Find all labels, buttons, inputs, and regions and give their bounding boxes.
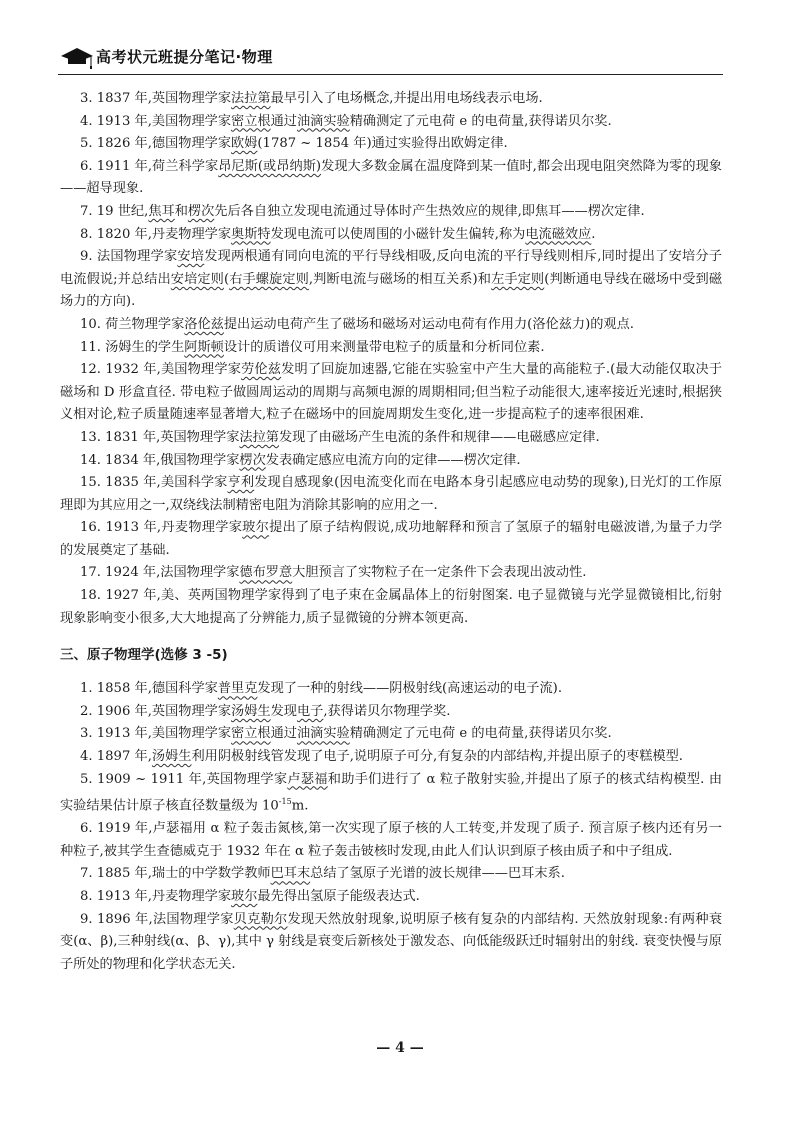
scientist-name: 楞次 [239, 453, 265, 468]
scientist-name: 玻尔 [242, 520, 269, 535]
text-segment: 5. 1826 年,德国物理学家 [80, 136, 231, 151]
scientist-name: 玻尔 [231, 889, 257, 904]
text-segment: m. [292, 799, 309, 814]
text-segment: 10. 荷兰物理学家 [80, 317, 184, 332]
text-segment: 18. 1927 年,美、英两国物理学家得到了电子束在金属晶体上的衍射图案. 电… [60, 588, 722, 626]
text-segment: 通过 [271, 726, 297, 741]
text-segment: ,判断电流与磁场的相互关系)和 [309, 272, 491, 287]
scientist-name: 楞次 [188, 204, 214, 219]
text-segment: 1. 1858 年,德国科学家 [80, 681, 218, 696]
scientist-name: 右手螺旋定则 [229, 272, 309, 287]
text-segment: 14. 1834 年,俄国物理学家 [80, 453, 239, 468]
list-item: 5. 1909 ~ 1911 年,英国物理学家卢瑟福和助手们进行了 α 粒子散射… [60, 769, 722, 819]
text-segment: 8. 1820 年,丹麦物理学家 [80, 227, 231, 242]
list-item: 3. 1913 年,美国物理学家密立根通过油滴实验精确测定了元电荷 e 的电荷量… [60, 723, 722, 746]
text-segment: 15. 1835 年,美国科学家 [80, 475, 228, 490]
scientist-name: 左手定则 [491, 272, 544, 287]
scientist-name: 阿斯顿 [184, 340, 224, 355]
scientist-name: 德布罗意 [239, 565, 292, 580]
text-segment: 3. 1837 年,英国物理学家 [80, 91, 231, 106]
list-item: 4. 1913 年,美国物理学家密立根通过油滴实验精确测定了元电荷 e 的电荷量… [60, 111, 722, 134]
scientist-name: 汤姆生 [231, 704, 271, 719]
list-item: 9. 1896 年,法国物理学家贝克勒尔发现天然放射现象,说明原子核有复杂的内部… [60, 909, 722, 977]
text-segment: 16. 1913 年,丹麦物理学家 [80, 520, 242, 535]
scientist-name: 安培定则 [171, 272, 224, 287]
section-title-atomic: 三、原子物理学(选修 3 -5) [60, 644, 722, 666]
text-segment: (1787 ~ 1854 年)通过实验得出欧姆定律. [257, 136, 507, 151]
scientist-name: 亨利 [228, 475, 255, 490]
scientist-name: 油滴实验 [297, 726, 350, 741]
list-item: 10. 荷兰物理学家洛伦兹提出运动电荷产生了磁场和磁场对运动电荷有作用力(洛伦兹… [60, 314, 722, 337]
document-body: 3. 1837 年,英国物理学家法拉第最早引入了电场概念,并提出用电场线表示电场… [60, 88, 722, 976]
list-item: 3. 1837 年,英国物理学家法拉第最早引入了电场概念,并提出用电场线表示电场… [60, 88, 722, 111]
text-segment: 6. 1911 年,荷兰科学家 [80, 159, 218, 174]
text-segment: 精确测定了元电荷 e 的电荷量,获得诺贝尔奖. [350, 114, 612, 129]
text-segment: 7. 19 世纪, [80, 204, 148, 219]
text-segment: 9. 法国物理学家 [80, 249, 177, 264]
scientist-name: 昂尼斯(或昂纳斯) [218, 159, 321, 174]
scientist-name: 电子 [297, 704, 323, 719]
list-item: 16. 1913 年,丹麦物理学家玻尔提出了原子结构假说,成功地解释和预言了氢原… [60, 517, 722, 562]
scientist-name: 奥斯特 [231, 227, 271, 242]
scientist-name: 劳伦兹 [241, 362, 281, 377]
text-segment: 最早引入了电场概念,并提出用电场线表示电场. [271, 91, 543, 106]
text-segment: 4. 1913 年,美国物理学家 [80, 114, 231, 129]
scientist-name: 安培 [177, 249, 204, 264]
electromagnetism-list: 3. 1837 年,英国物理学家法拉第最早引入了电场概念,并提出用电场线表示电场… [60, 88, 722, 630]
scientist-name: 卢瑟福 [287, 772, 327, 787]
list-item: 6. 1911 年,荷兰科学家昂尼斯(或昂纳斯)发现大多数金属在温度降到某一值时… [60, 156, 722, 201]
text-segment: 17. 1924 年,法国物理学家 [80, 565, 239, 580]
scientist-name: 电流磁效应 [525, 227, 591, 242]
scientist-name: 法拉第 [239, 430, 279, 445]
scientist-name: 贝克勒尔 [234, 912, 288, 927]
scientist-name: 欧姆 [231, 136, 257, 151]
text-segment: 12. 1932 年,美国物理学家 [80, 362, 241, 377]
page-header: 高考状元班提分笔记·物理 [58, 34, 723, 75]
text-segment: 大胆预言了实物粒子在一定条件下会表现出波动性. [292, 565, 586, 580]
text-segment: 和 [175, 204, 188, 219]
scientist-name: 焦耳 [148, 204, 174, 219]
text-segment: 发现电流可以使周围的小磁针发生偏转,称为 [271, 227, 526, 242]
text-segment: 2. 1906 年,英国物理学家 [80, 704, 231, 719]
text-segment: 9. 1896 年,法国物理学家 [80, 912, 234, 927]
atomic-physics-list: 1. 1858 年,德国科学家普里克发现了一种的射线——阴极射线(高速运动的电子… [60, 678, 722, 976]
list-item: 4. 1897 年,汤姆生利用阴极射线管发现了电子,说明原子可分,有复杂的内部结… [60, 746, 722, 769]
list-item: 2. 1906 年,英国物理学家汤姆生发现电子,获得诺贝尔物理学奖. [60, 701, 722, 724]
list-item: 8. 1913 年,丹麦物理学家玻尔最先得出氢原子能级表达式. [60, 886, 722, 909]
text-segment: 总结了氢原子光谱的波长规律——巴耳末系. [310, 866, 565, 881]
text-segment: 6. 1919 年,卢瑟福用 α 粒子轰击氮核,第一次实现了原子核的人工转变,并… [60, 821, 722, 859]
scientist-name: 普里克 [218, 681, 258, 696]
list-item: 8. 1820 年,丹麦物理学家奥斯特发现电流可以使周围的小磁针发生偏转,称为电… [60, 224, 722, 247]
text-segment: 发现了一种的射线——阴极射线(高速运动的电子流). [257, 681, 562, 696]
list-item: 7. 19 世纪,焦耳和楞次先后各自独立发现电流通过导体时产生热效应的规律,即焦… [60, 201, 722, 224]
list-item: 7. 1885 年,瑞士的中学数学教师巴耳末总结了氢原子光谱的波长规律——巴耳末… [60, 863, 722, 886]
text-segment: 最先得出氢原子能级表达式. [257, 889, 419, 904]
scientist-name: 密立根 [231, 114, 271, 129]
scientist-name: 密立根 [231, 726, 271, 741]
list-item: 14. 1834 年,俄国物理学家楞次发表确定感应电流方向的定律——楞次定律. [60, 450, 722, 473]
scientist-name: 洛伦兹 [184, 317, 224, 332]
scientist-name: 油滴实验 [297, 114, 350, 129]
scientist-name: 巴耳末 [271, 866, 311, 881]
list-item: 11. 汤姆生的学生阿斯顿设计的质谱仪可用来测量带电粒子的质量和分析同位素. [60, 337, 722, 360]
text-segment: 通过 [271, 114, 297, 129]
scientist-name: 法拉第 [231, 91, 271, 106]
list-item: 1. 1858 年,德国科学家普里克发现了一种的射线——阴极射线(高速运动的电子… [60, 678, 722, 701]
list-item: 6. 1919 年,卢瑟福用 α 粒子轰击氮核,第一次实现了原子核的人工转变,并… [60, 818, 722, 863]
text-segment: 发现了由磁场产生电流的条件和规律——电磁感应定律. [279, 430, 600, 445]
text-segment: 先后各自独立发现电流通过导体时产生热效应的规律,即焦耳——楞次定律. [214, 204, 644, 219]
list-item: 18. 1927 年,美、英两国物理学家得到了电子束在金属晶体上的衍射图案. 电… [60, 585, 722, 630]
text-segment: 精确测定了元电荷 e 的电荷量,获得诺贝尔奖. [350, 726, 612, 741]
text-segment: ,获得诺贝尔物理学奖. [323, 704, 450, 719]
text-segment: 11. 汤姆生的学生 [80, 340, 184, 355]
text-segment: 发表确定感应电流方向的定律——楞次定律. [266, 453, 521, 468]
list-item: 13. 1831 年,英国物理学家法拉第发现了由磁场产生电流的条件和规律——电磁… [60, 427, 722, 450]
text-segment: . [591, 227, 595, 242]
text-segment: 提出运动电荷产生了磁场和磁场对运动电荷有作用力(洛伦兹力)的观点. [224, 317, 634, 332]
text-segment: 设计的质谱仪可用来测量带电粒子的质量和分析同位素. [224, 340, 545, 355]
text-segment: 3. 1913 年,美国物理学家 [80, 726, 231, 741]
text-segment: 发现 [271, 704, 297, 719]
graduation-cap-icon [60, 44, 94, 70]
list-item: 5. 1826 年,德国物理学家欧姆(1787 ~ 1854 年)通过实验得出欧… [60, 133, 722, 156]
text-segment: 13. 1831 年,英国物理学家 [80, 430, 239, 445]
list-item: 12. 1932 年,美国物理学家劳伦兹发明了回旋加速器,它能在实验室中产生大量… [60, 359, 722, 427]
page-number: — 4 — [0, 1040, 800, 1056]
text-segment: 5. 1909 ~ 1911 年,英国物理学家 [80, 772, 287, 787]
list-item: 15. 1835 年,美国科学家亨利发现自感现象(因电流变化而在电路本身引起感应… [60, 472, 722, 517]
list-item: 9. 法国物理学家安培发现两根通有同向电流的平行导线相吸,反向电流的平行导线则相… [60, 246, 722, 314]
text-segment: 7. 1885 年,瑞士的中学数学教师 [80, 866, 271, 881]
list-item: 17. 1924 年,法国物理学家德布罗意大胆预言了实物粒子在一定条件下会表现出… [60, 562, 722, 585]
scientist-name: 汤姆生 [152, 749, 192, 764]
exponent: -15 [279, 797, 292, 806]
text-segment: 8. 1913 年,丹麦物理学家 [80, 889, 231, 904]
text-segment: 4. 1897 年, [80, 749, 152, 764]
header-title: 高考状元班提分笔记·物理 [96, 46, 273, 67]
text-segment: 利用阴极射线管发现了电子,说明原子可分,有复杂的内部结构,并提出原子的枣糕模型. [191, 749, 683, 764]
